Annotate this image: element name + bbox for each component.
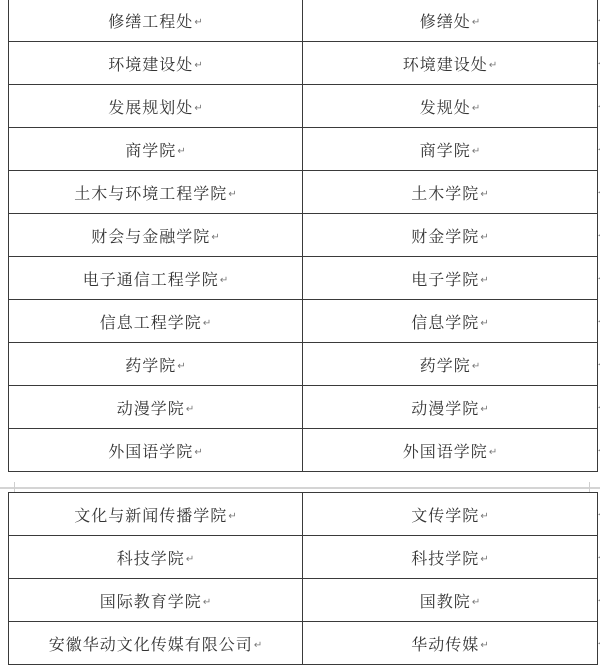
short-name-text: 修缮处 bbox=[420, 12, 471, 31]
full-name-cell[interactable]: 国际教育学院↵ bbox=[9, 579, 303, 622]
short-name-cell[interactable]: 文传学院↵◂ bbox=[303, 493, 598, 536]
paragraph-mark-icon: ↵ bbox=[186, 554, 194, 565]
table-row: 环境建设处↵ 环境建设处↵◂ bbox=[9, 42, 598, 85]
table-row: 电子通信工程学院↵ 电子学院↵◂ bbox=[9, 257, 598, 300]
full-name-text: 土木与环境工程学院 bbox=[74, 184, 227, 203]
page-break-divider bbox=[0, 487, 600, 489]
paragraph-mark-icon: ↵ bbox=[472, 17, 480, 28]
full-name-text: 药学院 bbox=[125, 356, 176, 375]
margin-guide-left bbox=[14, 482, 15, 492]
full-name-cell[interactable]: 外国语学院↵ bbox=[9, 429, 303, 472]
full-name-cell[interactable]: 信息工程学院↵ bbox=[9, 300, 303, 343]
short-name-cell[interactable]: 信息学院↵◂ bbox=[303, 300, 598, 343]
full-name-text: 电子通信工程学院 bbox=[83, 270, 219, 289]
table-row: 动漫学院↵ 动漫学院↵◂ bbox=[9, 386, 598, 429]
short-name-cell[interactable]: 商学院↵◂ bbox=[303, 128, 598, 171]
short-name-cell[interactable]: 动漫学院↵◂ bbox=[303, 386, 598, 429]
short-name-text: 环境建设处 bbox=[403, 55, 488, 74]
full-name-text: 动漫学院 bbox=[117, 399, 185, 418]
name-abbreviation-table-bottom: 文化与新闻传播学院↵ 文传学院↵◂ 科技学院↵ 科技学院↵◂ 国际教育学院↵ 国… bbox=[8, 492, 598, 665]
full-name-text: 信息工程学院 bbox=[100, 313, 202, 332]
paragraph-mark-icon: ↵ bbox=[472, 146, 480, 157]
full-name-cell[interactable]: 商学院↵ bbox=[9, 128, 303, 171]
paragraph-mark-icon: ↵ bbox=[194, 17, 202, 28]
short-name-cell[interactable]: 土木学院↵◂ bbox=[303, 171, 598, 214]
full-name-cell[interactable]: 财会与金融学院↵ bbox=[9, 214, 303, 257]
full-name-text: 商学院 bbox=[125, 141, 176, 160]
paragraph-mark-icon: ↵ bbox=[480, 232, 488, 243]
paragraph-mark-icon: ↵ bbox=[480, 511, 488, 522]
short-name-text: 药学院 bbox=[420, 356, 471, 375]
name-abbreviation-table-top: 修缮工程处↵ 修缮处↵◂ 环境建设处↵ 环境建设处↵◂ 发展规划处↵ 发规处↵◂… bbox=[8, 0, 598, 472]
full-name-cell[interactable]: 发展规划处↵ bbox=[9, 85, 303, 128]
paragraph-mark-icon: ↵ bbox=[472, 361, 480, 372]
full-name-text: 科技学院 bbox=[117, 549, 185, 568]
margin-guide-right bbox=[589, 482, 590, 492]
full-name-text: 国际教育学院 bbox=[100, 592, 202, 611]
full-name-cell[interactable]: 土木与环境工程学院↵ bbox=[9, 171, 303, 214]
paragraph-mark-icon: ↵ bbox=[472, 103, 480, 114]
short-name-cell[interactable]: 华动传媒↵◂ bbox=[303, 622, 598, 665]
table-row: 药学院↵ 药学院↵◂ bbox=[9, 343, 598, 386]
paragraph-mark-icon: ↵ bbox=[480, 640, 488, 651]
short-name-cell[interactable]: 修缮处↵◂ bbox=[303, 0, 598, 42]
paragraph-mark-icon: ↵ bbox=[194, 60, 202, 71]
paragraph-mark-icon: ↵ bbox=[194, 447, 202, 458]
paragraph-mark-icon: ↵ bbox=[228, 511, 236, 522]
short-name-text: 电子学院 bbox=[411, 270, 479, 289]
table-row: 信息工程学院↵ 信息学院↵◂ bbox=[9, 300, 598, 343]
table-row: 商学院↵ 商学院↵◂ bbox=[9, 128, 598, 171]
table-row: 财会与金融学院↵ 财金学院↵◂ bbox=[9, 214, 598, 257]
full-name-text: 文化与新闻传播学院 bbox=[74, 506, 227, 525]
paragraph-mark-icon: ↵ bbox=[472, 597, 480, 608]
table-row: 土木与环境工程学院↵ 土木学院↵◂ bbox=[9, 171, 598, 214]
short-name-text: 华动传媒 bbox=[411, 635, 479, 654]
short-name-text: 科技学院 bbox=[411, 549, 479, 568]
full-name-cell[interactable]: 科技学院↵ bbox=[9, 536, 303, 579]
table-row: 发展规划处↵ 发规处↵◂ bbox=[9, 85, 598, 128]
table-row: 外国语学院↵ 外国语学院↵◂ bbox=[9, 429, 598, 472]
short-name-cell[interactable]: 国教院↵◂ bbox=[303, 579, 598, 622]
paragraph-mark-icon: ↵ bbox=[203, 597, 211, 608]
paragraph-mark-icon: ↵ bbox=[186, 404, 194, 415]
paragraph-mark-icon: ↵ bbox=[489, 447, 497, 458]
paragraph-mark-icon: ↵ bbox=[480, 404, 488, 415]
full-name-text: 安徽华动文化传媒有限公司 bbox=[49, 635, 253, 654]
short-name-text: 文传学院 bbox=[411, 506, 479, 525]
paragraph-mark-icon: ↵ bbox=[480, 554, 488, 565]
full-name-cell[interactable]: 动漫学院↵ bbox=[9, 386, 303, 429]
full-name-cell[interactable]: 药学院↵ bbox=[9, 343, 303, 386]
short-name-text: 商学院 bbox=[420, 141, 471, 160]
table-row: 修缮工程处↵ 修缮处↵◂ bbox=[9, 0, 598, 42]
short-name-cell[interactable]: 环境建设处↵◂ bbox=[303, 42, 598, 85]
paragraph-mark-icon: ↵ bbox=[254, 640, 262, 651]
short-name-text: 动漫学院 bbox=[411, 399, 479, 418]
full-name-cell[interactable]: 环境建设处↵ bbox=[9, 42, 303, 85]
table-row: 安徽华动文化传媒有限公司↵ 华动传媒↵◂ bbox=[9, 622, 598, 665]
full-name-text: 财会与金融学院 bbox=[91, 227, 210, 246]
full-name-text: 外国语学院 bbox=[108, 442, 193, 461]
full-name-cell[interactable]: 电子通信工程学院↵ bbox=[9, 257, 303, 300]
short-name-text: 发规处 bbox=[420, 98, 471, 117]
short-name-cell[interactable]: 外国语学院↵◂ bbox=[303, 429, 598, 472]
full-name-text: 发展规划处 bbox=[108, 98, 193, 117]
short-name-text: 国教院 bbox=[420, 592, 471, 611]
full-name-cell[interactable]: 安徽华动文化传媒有限公司↵ bbox=[9, 622, 303, 665]
paragraph-mark-icon: ↵ bbox=[177, 146, 185, 157]
full-name-text: 修缮工程处 bbox=[108, 12, 193, 31]
full-name-cell[interactable]: 修缮工程处↵ bbox=[9, 0, 303, 42]
short-name-text: 土木学院 bbox=[411, 184, 479, 203]
paragraph-mark-icon: ↵ bbox=[480, 318, 488, 329]
short-name-cell[interactable]: 药学院↵◂ bbox=[303, 343, 598, 386]
short-name-text: 财金学院 bbox=[411, 227, 479, 246]
paragraph-mark-icon: ↵ bbox=[194, 103, 202, 114]
short-name-cell[interactable]: 财金学院↵◂ bbox=[303, 214, 598, 257]
short-name-cell[interactable]: 电子学院↵◂ bbox=[303, 257, 598, 300]
paragraph-mark-icon: ↵ bbox=[211, 232, 219, 243]
paragraph-mark-icon: ↵ bbox=[228, 189, 236, 200]
short-name-text: 外国语学院 bbox=[403, 442, 488, 461]
paragraph-mark-icon: ↵ bbox=[480, 189, 488, 200]
full-name-text: 环境建设处 bbox=[108, 55, 193, 74]
short-name-text: 信息学院 bbox=[411, 313, 479, 332]
short-name-cell[interactable]: 发规处↵◂ bbox=[303, 85, 598, 128]
paragraph-mark-icon: ↵ bbox=[489, 60, 497, 71]
table-row: 国际教育学院↵ 国教院↵◂ bbox=[9, 579, 598, 622]
paragraph-mark-icon: ↵ bbox=[220, 275, 228, 286]
full-name-cell[interactable]: 文化与新闻传播学院↵ bbox=[9, 493, 303, 536]
paragraph-mark-icon: ↵ bbox=[203, 318, 211, 329]
table-row: 科技学院↵ 科技学院↵◂ bbox=[9, 536, 598, 579]
table-row: 文化与新闻传播学院↵ 文传学院↵◂ bbox=[9, 493, 598, 536]
paragraph-mark-icon: ↵ bbox=[480, 275, 488, 286]
short-name-cell[interactable]: 科技学院↵◂ bbox=[303, 536, 598, 579]
paragraph-mark-icon: ↵ bbox=[177, 361, 185, 372]
